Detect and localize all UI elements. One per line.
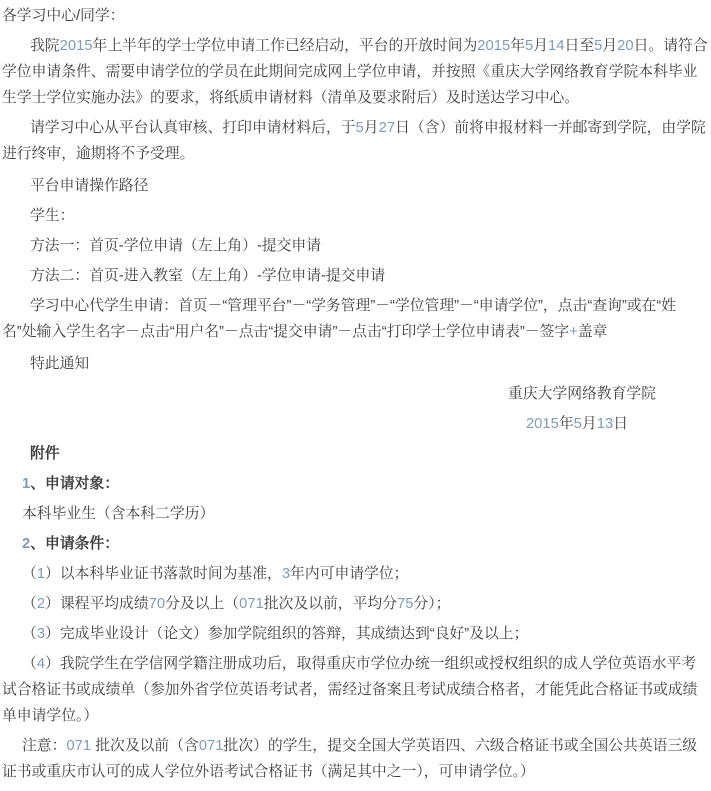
highlighted-number: 2015 xyxy=(477,38,510,54)
highlighted-number: 3 xyxy=(37,626,45,642)
highlighted-number: 75 xyxy=(397,596,413,612)
highlighted-number: 20 xyxy=(617,38,633,54)
heading-conditions: 2、申请条件： xyxy=(2,531,709,557)
para-center-proxy-apply: 学习中心代学生申请：首页－“管理平台”－“学务管理”－“学位管理”－“申请学位”… xyxy=(2,293,709,345)
condition-1: （1）以本科毕业证书落款时间为基准，3年内可申请学位； xyxy=(2,561,709,587)
condition-4: （4）我院学生在学信网学籍注册成功后，取得重庆市学位办统一组织或授权组织的成人学… xyxy=(2,651,709,729)
para-student-label: 学生： xyxy=(2,203,709,229)
highlighted-number: 13 xyxy=(597,416,613,432)
highlighted-number: 5 xyxy=(525,38,533,54)
salutation: 各学习中心/同学： xyxy=(2,3,709,29)
highlighted-number: 14 xyxy=(548,38,564,54)
signature-date: 2015年5月13日 xyxy=(2,411,628,437)
para-method-2: 方法二：首页-进入教室（左上角）-学位申请-提交申请 xyxy=(2,263,709,289)
para-mailing-deadline: 请学习中心从平台认真审核、打印申请材料后，于5月27日（含）前将申报材料一并邮寄… xyxy=(2,115,709,167)
notice-document: 各学习中心/同学：我院2015年上半年的学士学位申请工作已经启动，平台的开放时间… xyxy=(0,0,711,785)
highlighted-number: 5 xyxy=(356,120,364,136)
highlighted-number: 1 xyxy=(37,566,45,582)
highlighted-number: 2015 xyxy=(60,38,93,54)
para-note: 注意：071 批次及以前（含071批次）的学生，提交全国大学英语四、六级合格证书… xyxy=(2,733,709,785)
highlighted-number: 4 xyxy=(37,656,45,672)
para-method-1: 方法一：首页-学位申请（左上角）-提交申请 xyxy=(2,233,709,259)
highlighted-number: 071 xyxy=(66,738,91,754)
para-notice-close: 特此通知 xyxy=(2,351,709,377)
heading-applicants: 1、申请对象： xyxy=(2,471,709,497)
heading-attachment: 附件 xyxy=(2,441,709,467)
condition-2: （2）课程平均成绩70分及以上（071批次及以前，平均分75分）； xyxy=(2,591,709,617)
signature-college: 重庆大学网络教育学院 xyxy=(2,381,656,407)
para-announcement: 我院2015年上半年的学士学位申请工作已经启动，平台的开放时间为2015年5月1… xyxy=(2,33,709,111)
para-platform-path-title: 平台申请操作路径 xyxy=(2,173,709,199)
highlighted-number: 071 xyxy=(239,596,264,612)
highlighted-number: 5 xyxy=(574,416,582,432)
highlighted-number: + xyxy=(569,324,578,340)
highlighted-number: 70 xyxy=(149,596,165,612)
para-applicants: 本科毕业生（含本科二学历） xyxy=(2,501,709,527)
highlighted-number: 2 xyxy=(22,536,30,552)
highlighted-number: 3 xyxy=(282,566,290,582)
highlighted-number: 2 xyxy=(37,596,45,612)
highlighted-number: 27 xyxy=(379,120,395,136)
highlighted-number: 071 xyxy=(199,738,224,754)
condition-3: （3）完成毕业设计（论文）参加学院组织的答辩，其成绩达到“良好”及以上； xyxy=(2,621,709,647)
paragraph-list: 各学习中心/同学：我院2015年上半年的学士学位申请工作已经启动，平台的开放时间… xyxy=(2,3,709,785)
highlighted-number: 1 xyxy=(22,476,30,492)
highlighted-number: 5 xyxy=(594,38,602,54)
highlighted-number: 2015 xyxy=(526,416,559,432)
